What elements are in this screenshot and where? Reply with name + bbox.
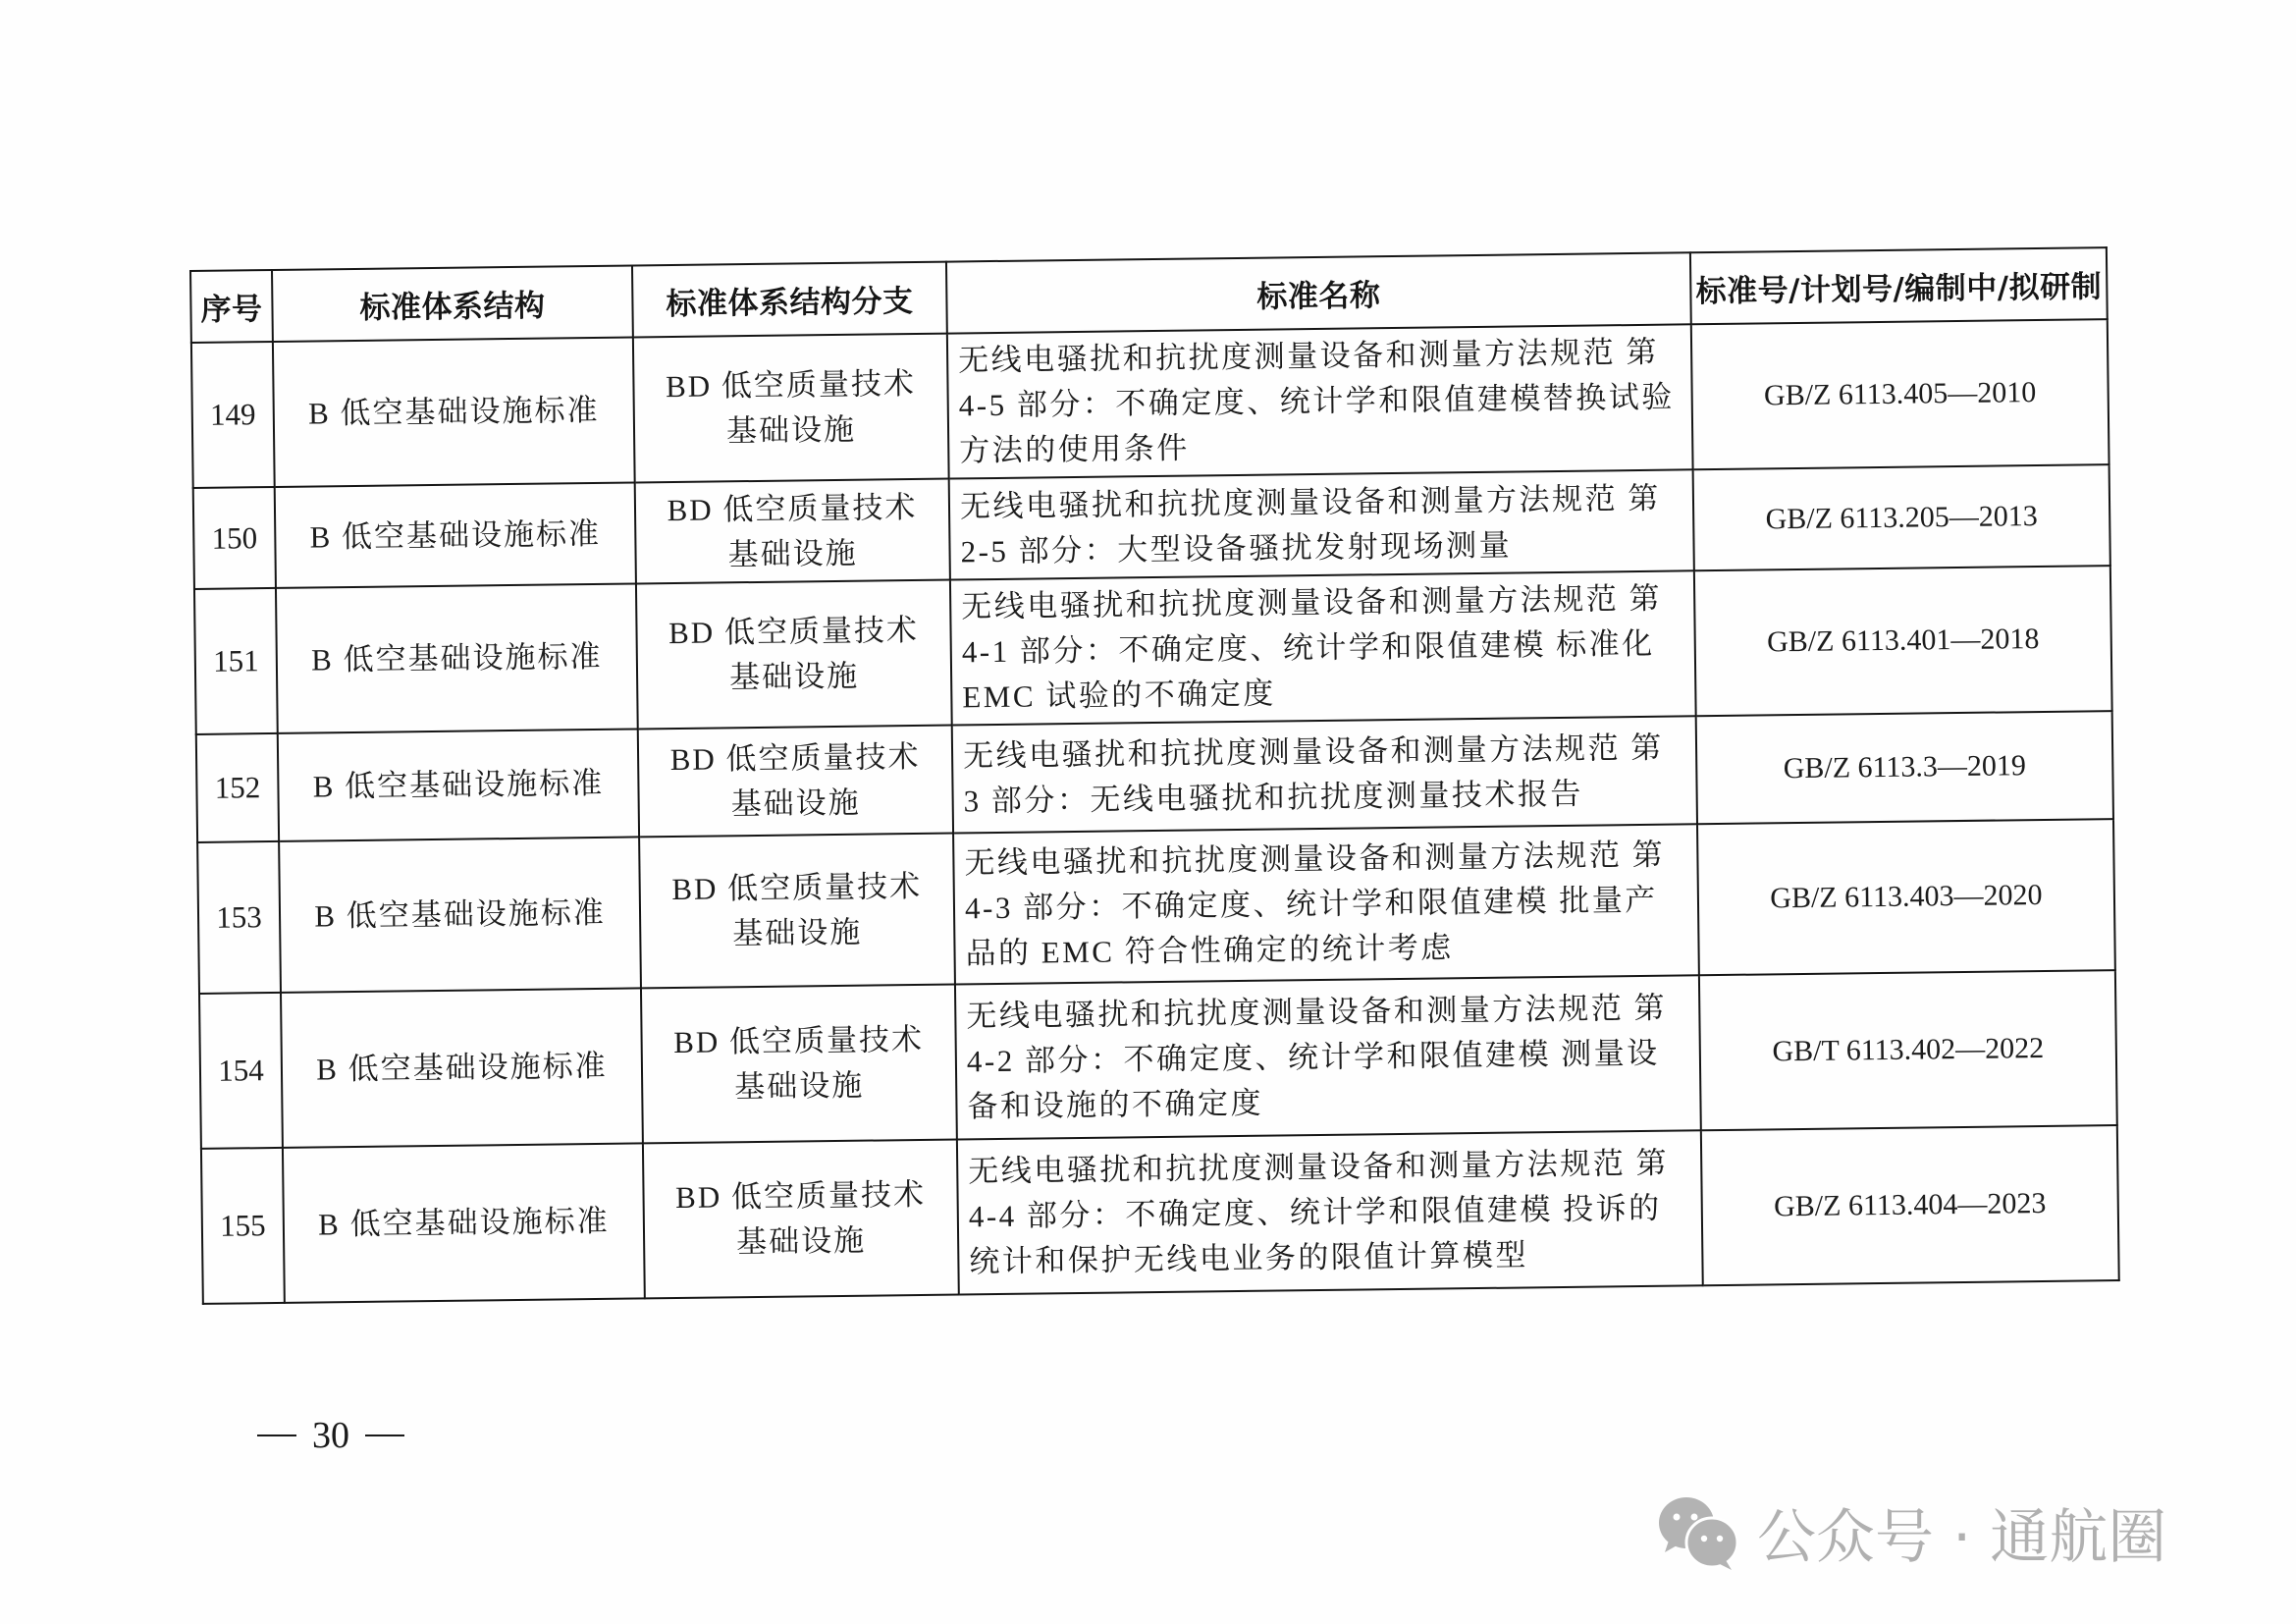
branch-line-2: 基础设施	[638, 653, 951, 702]
page-number-value: 30	[312, 1414, 349, 1457]
page-number-dash-right	[365, 1435, 404, 1436]
standards-table: 序号 标准体系结构 标准体系结构分支 标准名称 标准号/计划号/编制中/拟研制 …	[189, 246, 2120, 1305]
cell-structure: B 低空基础设施标准	[273, 337, 635, 486]
cell-no: 155	[201, 1148, 285, 1304]
cell-branch: BD 低空质量技术 基础设施	[641, 985, 957, 1144]
cell-standard-name: 无线电骚扰和抗扰度测量设备和测量方法规范 第 3 部分：无线电骚扰和抗扰度测量技…	[952, 716, 1697, 833]
table-row: 155 B 低空基础设施标准 BD 低空质量技术 基础设施 无线电骚扰和抗扰度测…	[201, 1125, 2119, 1304]
table-row: 151 B 低空基础设施标准 BD 低空质量技术 基础设施 无线电骚扰和抗扰度测…	[194, 566, 2112, 734]
cell-standard-code: GB/Z 6113.401—2018	[1694, 566, 2112, 716]
cell-structure: B 低空基础设施标准	[283, 1143, 645, 1302]
cell-standard-name: 无线电骚扰和抗扰度测量设备和测量方法规范 第 2-5 部分：大型设备骚扰发射现场…	[949, 469, 1694, 579]
cell-no: 153	[197, 841, 281, 994]
cell-no: 154	[199, 993, 283, 1149]
branch-line-2: 基础设施	[641, 909, 954, 958]
cell-no: 152	[196, 733, 279, 842]
cell-standard-name: 无线电骚扰和抗扰度测量设备和测量方法规范 第 4-2 部分：不确定度、统计学和限…	[955, 975, 1701, 1139]
page-number: 30	[257, 1414, 404, 1457]
branch-line-1: BD 低空质量技术	[642, 1017, 955, 1066]
branch-line-1: BD 低空质量技术	[640, 864, 953, 913]
header-structure: 标准体系结构	[272, 265, 633, 341]
watermark: 公众号 · 通航圈	[1655, 1490, 2166, 1575]
cell-no: 149	[191, 342, 275, 488]
cell-branch: BD 低空质量技术 基础设施	[633, 334, 949, 483]
branch-line-1: BD 低空质量技术	[636, 484, 949, 533]
cell-branch: BD 低空质量技术 基础设施	[638, 726, 953, 838]
cell-branch: BD 低空质量技术 基础设施	[643, 1140, 959, 1299]
page-number-dash-left	[257, 1435, 296, 1436]
table-row: 153 B 低空基础设施标准 BD 低空质量技术 基础设施 无线电骚扰和抗扰度测…	[197, 819, 2115, 994]
cell-branch: BD 低空质量技术 基础设施	[636, 580, 952, 730]
header-code: 标准号/计划号/编制中/拟研制	[1690, 247, 2108, 324]
header-no: 序号	[190, 270, 273, 343]
cell-standard-code: GB/Z 6113.405—2010	[1691, 319, 2109, 469]
cell-branch: BD 低空质量技术 基础设施	[635, 479, 950, 584]
header-branch: 标准体系结构分支	[632, 262, 947, 338]
cell-standard-name: 无线电骚扰和抗扰度测量设备和测量方法规范 第 4-1 部分：不确定度、统计学和限…	[950, 570, 1696, 725]
cell-standard-name: 无线电骚扰和抗扰度测量设备和测量方法规范 第 4-3 部分：不确定度、统计学和限…	[953, 824, 1699, 984]
watermark-text: 公众号 · 通航圈	[1757, 1490, 2166, 1575]
cell-standard-code: GB/Z 6113.205—2013	[1693, 464, 2110, 570]
cell-no: 150	[193, 487, 276, 589]
table-row: 154 B 低空基础设施标准 BD 低空质量技术 基础设施 无线电骚扰和抗扰度测…	[199, 970, 2117, 1149]
document-page: 序号 标准体系结构 标准体系结构分支 标准名称 标准号/计划号/编制中/拟研制 …	[0, 0, 2296, 1624]
standards-table-wrapper: 序号 标准体系结构 标准体系结构分支 标准名称 标准号/计划号/编制中/拟研制 …	[189, 246, 2120, 1305]
branch-line-1: BD 低空质量技术	[637, 608, 950, 657]
branch-line-1: BD 低空质量技术	[639, 734, 952, 784]
cell-standard-code: GB/Z 6113.3—2019	[1696, 711, 2113, 824]
cell-structure: B 低空基础设施标准	[276, 583, 638, 732]
cell-standard-code: GB/Z 6113.404—2023	[1701, 1125, 2119, 1285]
header-name: 标准名称	[946, 252, 1691, 333]
branch-line-2: 基础设施	[636, 529, 949, 578]
table-row: 149 B 低空基础设施标准 BD 低空质量技术 基础设施 无线电骚扰和抗扰度测…	[191, 319, 2109, 488]
cell-standard-code: GB/Z 6113.403—2020	[1697, 819, 2115, 975]
branch-line-2: 基础设施	[645, 1218, 958, 1267]
wechat-icon	[1655, 1493, 1745, 1572]
cell-standard-code: GB/T 6113.402—2022	[1699, 970, 2117, 1130]
cell-structure: B 低空基础设施标准	[279, 837, 641, 992]
cell-standard-name: 无线电骚扰和抗扰度测量设备和测量方法规范 第 4-4 部分：不确定度、统计学和限…	[957, 1130, 1703, 1294]
cell-structure: B 低空基础设施标准	[275, 482, 636, 587]
cell-branch: BD 低空质量技术 基础设施	[639, 834, 955, 989]
cell-structure: B 低空基础设施标准	[281, 988, 643, 1147]
cell-structure: B 低空基础设施标准	[278, 729, 639, 840]
branch-line-1: BD 低空质量技术	[634, 361, 947, 410]
branch-line-2: 基础设施	[643, 1062, 956, 1111]
cell-no: 151	[194, 588, 278, 734]
cell-standard-name: 无线电骚扰和抗扰度测量设备和测量方法规范 第 4-5 部分：不确定度、统计学和限…	[947, 324, 1693, 478]
branch-line-2: 基础设施	[635, 406, 948, 456]
branch-line-1: BD 低空质量技术	[644, 1172, 957, 1221]
branch-line-2: 基础设施	[639, 780, 952, 829]
